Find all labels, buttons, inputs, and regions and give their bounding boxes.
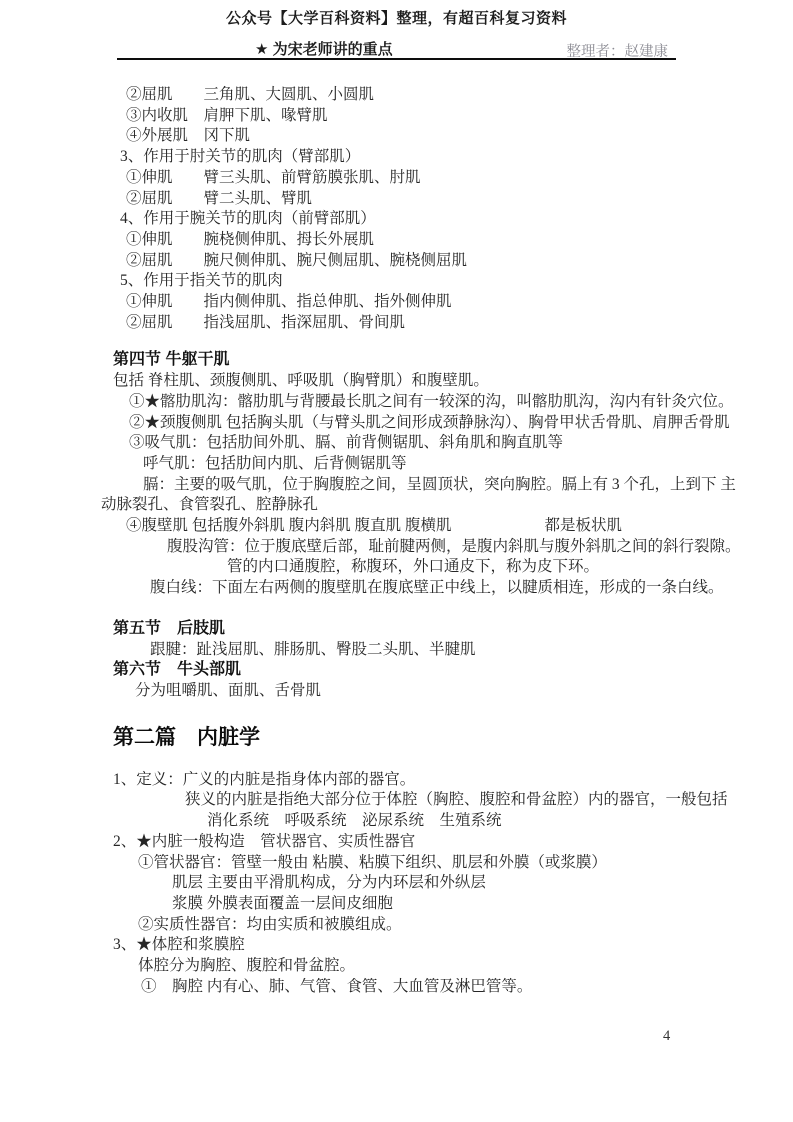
text-line: 5、作用于指关节的肌肉 [0, 271, 793, 292]
text-line: 跟腱：趾浅屈肌、腓肠肌、臀股二头肌、半腱肌 [0, 640, 793, 661]
header-rule [117, 58, 676, 60]
spacer [0, 333, 793, 350]
text-line: ① 胸腔 内有心、肺、气管、食管、大血管及淋巴管等。 [0, 977, 793, 998]
spacer [0, 599, 793, 619]
text-line: ②屈肌 腕尺侧伸肌、腕尺侧屈肌、腕桡侧屈肌 [0, 251, 793, 272]
text-line: 腹白线：下面左右两侧的腹壁肌在腹底壁正中线上，以腱质相连，形成的一条白线。 [0, 578, 793, 599]
text-line: 分为咀嚼肌、面肌、舌骨肌 [0, 681, 793, 702]
text-line: 腹股沟管：位于腹底壁后部，耻前腱两侧，是腹内斜肌与腹外斜肌之间的斜行裂隙。 [0, 537, 793, 558]
text-line: ①伸肌 臂三头肌、前臂筋膜张肌、肘肌 [0, 168, 793, 189]
text-line: 3、★体腔和浆膜腔 [0, 935, 793, 956]
text-line: 4、作用于腕关节的肌肉（前臂部肌） [0, 209, 793, 230]
text-line: ④外展肌 冈下肌 [0, 126, 793, 147]
text-line: ④腹壁肌 包括腹外斜肌 腹内斜肌 腹直肌 腹横肌 都是板状肌 [0, 516, 793, 537]
document-page: 公众号【大学百科资料】整理，有超百科复习资料 ★ 为宋老师讲的重点 整理者：赵建… [0, 0, 793, 1122]
text-line: ②屈肌 指浅屈肌、指深屈肌、骨间肌 [0, 313, 793, 334]
text-line: ③吸气肌：包括肋间外肌、膈、前背侧锯肌、斜角肌和胸直肌等 [0, 433, 793, 454]
text-line: 肌层 主要由平滑肌构成，分为内环层和外纵层 [0, 873, 793, 894]
text-line: 膈：主要的吸气肌，位于胸腹腔之间，呈圆顶状，突向胸腔。膈上有 3 个孔，上到下 … [0, 475, 793, 496]
page-header: ★ 为宋老师讲的重点 整理者：赵建康 [0, 0, 793, 60]
spacer [0, 754, 793, 770]
text-line: 2、★内脏一般构造 管状器官、实质性器官 [0, 832, 793, 853]
text-line: ②实质性器官：均由实质和被膜组成。 [0, 915, 793, 936]
text-line: 动脉裂孔、食管裂孔、腔静脉孔 [0, 495, 793, 516]
spacer [0, 702, 793, 722]
text-line: ①★髂肋肌沟：髂肋肌与背腰最长肌之间有一较深的沟，叫髂肋肌沟，沟内有针灸穴位。 [0, 392, 793, 413]
text-line: 体腔分为胸腔、腹腔和骨盆腔。 [0, 956, 793, 977]
text-line: 消化系统 呼吸系统 泌尿系统 生殖系统 [0, 811, 793, 832]
text-line: ①伸肌 腕桡侧伸肌、拇长外展肌 [0, 230, 793, 251]
text-line: ②★颈腹侧肌 包括胸头肌（与臂头肌之间形成颈静脉沟）、胸骨甲状舌骨肌、肩胛舌骨肌 [0, 413, 793, 434]
text-line: 呼气肌：包括肋间内肌、后背侧锯肌等 [0, 454, 793, 475]
text-line: 浆膜 外膜表面覆盖一层间皮细胞 [0, 894, 793, 915]
section-heading: 第六节 牛头部肌 [0, 660, 793, 681]
section-heading: 第五节 后肢肌 [0, 619, 793, 640]
text-line: ②屈肌 臂二头肌、臂肌 [0, 189, 793, 210]
text-line: 狭义的内脏是指绝大部分位于体腔（胸腔、腹腔和骨盆腔）内的器官，一般包括 [0, 790, 793, 811]
section-heading: 第四节 牛躯干肌 [0, 350, 793, 371]
text-line: 管的内口通腹腔，称腹环，外口通皮下，称为皮下环。 [0, 557, 793, 578]
document-body: ②屈肌 三角肌、大圆肌、小圆肌③内收肌 肩胛下肌、喙臂肌④外展肌 冈下肌3、作用… [0, 85, 793, 997]
chapter-heading: 第二篇 内脏学 [0, 722, 793, 754]
text-line: 包括 脊柱肌、颈腹侧肌、呼吸肌（胸臂肌）和腹壁肌。 [0, 371, 793, 392]
page-number: 4 [663, 1028, 670, 1045]
text-line: ①伸肌 指内侧伸肌、指总伸肌、指外侧伸肌 [0, 292, 793, 313]
text-line: ①管状器官：管壁一般由 粘膜、粘膜下组织、肌层和外膜（或浆膜） [0, 853, 793, 874]
header-highlight-note: ★ 为宋老师讲的重点 [255, 38, 393, 59]
text-line: 1、定义：广义的内脏是指身体内部的器官。 [0, 770, 793, 791]
text-line: 3、作用于肘关节的肌肉（臂部肌） [0, 147, 793, 168]
text-line: ②屈肌 三角肌、大圆肌、小圆肌 [0, 85, 793, 106]
text-line: ③内收肌 肩胛下肌、喙臂肌 [0, 106, 793, 127]
